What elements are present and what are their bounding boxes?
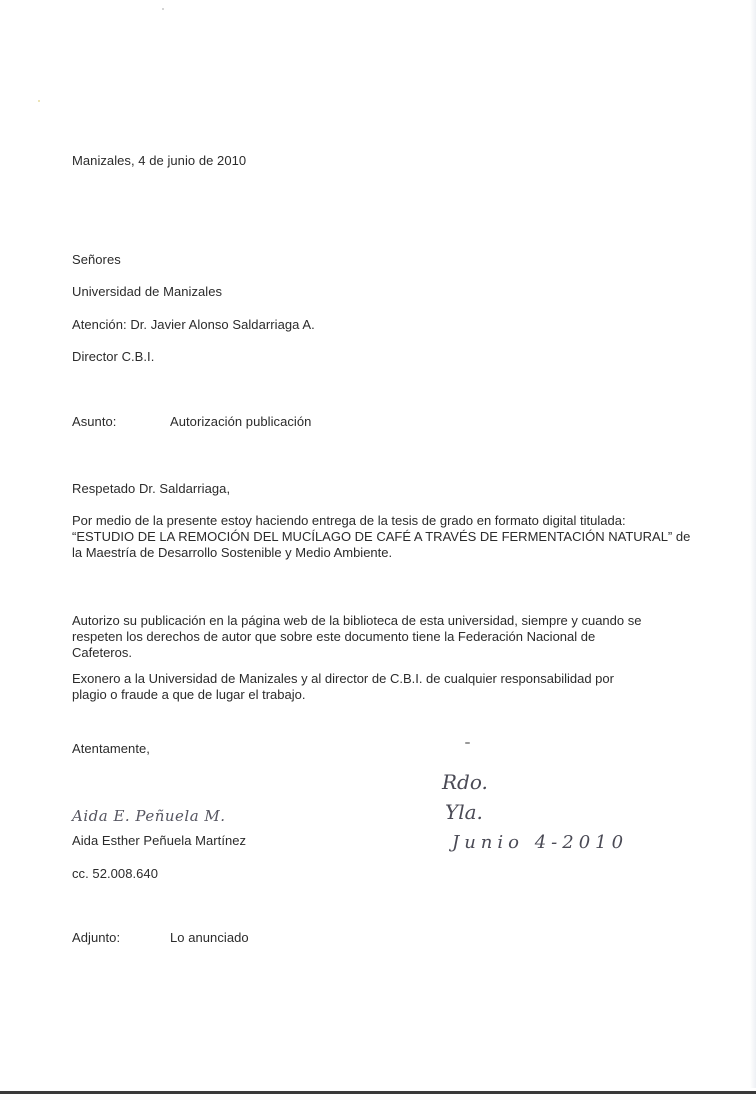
paragraph-line: “ESTUDIO DE LA REMOCIÓN DEL MUCÍLAGO DE … [72, 529, 692, 545]
subject-label: Asunto: [72, 414, 116, 430]
paragraph-line: Autorizo su publicación en la página web… [72, 613, 692, 629]
place-date: Manizales, 4 de junio de 2010 [72, 153, 246, 169]
attachment-value: Lo anunciado [170, 930, 249, 946]
scan-speck [162, 8, 164, 10]
scan-speck [38, 100, 40, 102]
paragraph-line: Exonero a la Universidad de Manizales y … [72, 671, 692, 687]
paragraph-line: Por medio de la presente estoy haciendo … [72, 513, 692, 529]
greeting: Respetado Dr. Saldarriaga, [72, 481, 230, 497]
signer-id: cc. 52.008.640 [72, 866, 158, 882]
paragraph-exoneration: Exonero a la Universidad de Manizales y … [72, 671, 692, 703]
paragraph-thesis-delivery: Por medio de la presente estoy haciendo … [72, 513, 692, 561]
received-stamp-initials: Yla. [445, 800, 483, 824]
paragraph-line: respeten los derechos de autor que sobre… [72, 629, 692, 645]
recipient-institution: Universidad de Manizales [72, 284, 222, 300]
paragraph-line: plagio o fraude a que de lugar el trabaj… [72, 687, 692, 703]
received-stamp-date: Junio 4-2010 [452, 832, 628, 853]
paragraph-authorization: Autorizo su publicación en la página web… [72, 613, 692, 661]
signer-name: Aida Esther Peñuela Martínez [72, 833, 246, 849]
scanned-letter-page: Manizales, 4 de junio de 2010 Señores Un… [0, 0, 756, 1094]
attachment-label: Adjunto: [72, 930, 120, 946]
scan-edge-shadow [750, 0, 756, 1088]
recipient-attention: Atención: Dr. Javier Alonso Saldarriaga … [72, 317, 315, 333]
recipient-role: Director C.B.I. [72, 349, 154, 365]
recipient-salutation: Señores [72, 252, 121, 268]
handwritten-signature: Aida E. Peñuela M. [72, 807, 226, 825]
paragraph-line: Cafeteros. [72, 645, 692, 661]
scan-speck [465, 742, 470, 744]
closing: Atentamente, [72, 741, 150, 757]
subject-value: Autorización publicación [170, 414, 311, 430]
paragraph-line: la Maestría de Desarrollo Sostenible y M… [72, 545, 692, 561]
received-stamp-line: Rdo. [442, 770, 488, 794]
